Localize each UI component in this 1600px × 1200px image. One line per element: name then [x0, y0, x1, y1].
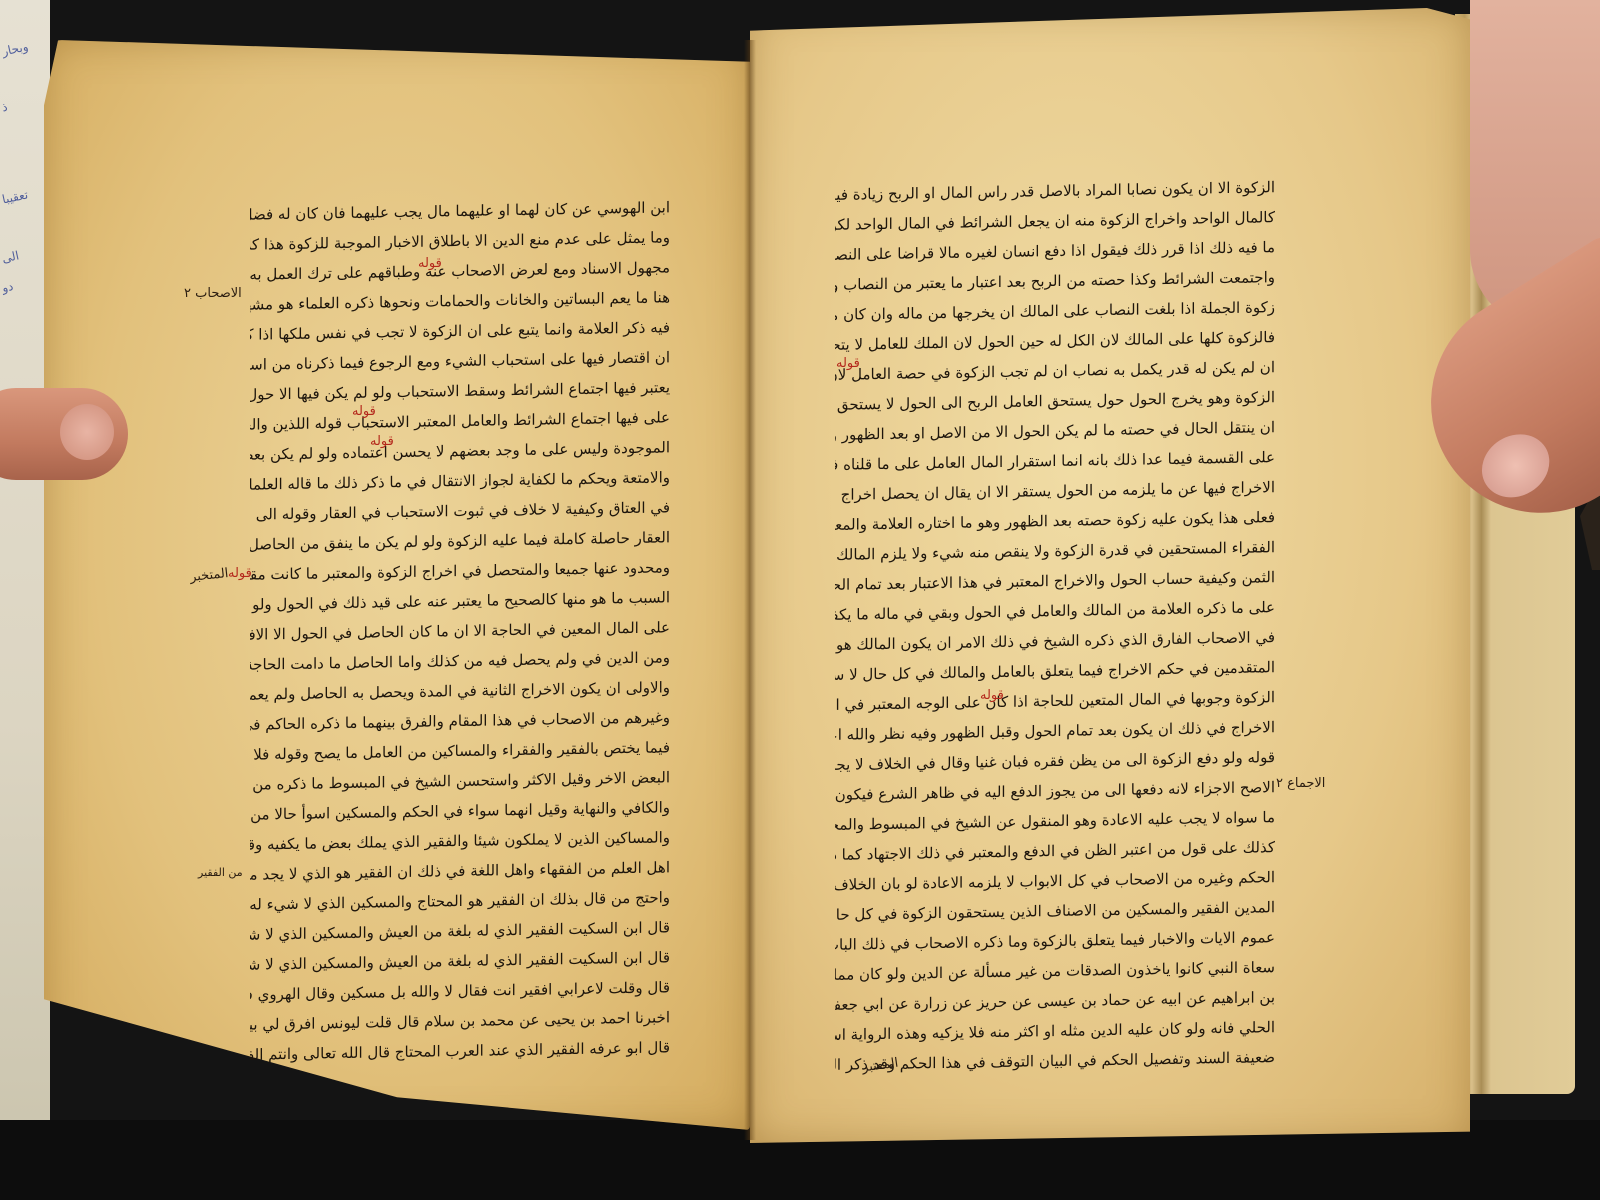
rubric-qawluhu: قوله	[228, 566, 252, 581]
thumbnail	[1470, 422, 1561, 510]
rubric-qawluhu: قوله	[352, 404, 376, 419]
open-manuscript: ابن الهوسي عن كان لهما او عليهما مال يجب…	[0, 0, 1600, 1200]
fingernail	[60, 404, 114, 460]
marginal-note: الاجماع ٢	[1276, 776, 1325, 791]
left-finger	[0, 388, 128, 480]
left-page-text: ابن الهوسي عن كان لهما او عليهما مال يجب…	[250, 196, 670, 1066]
rubric-qawluhu: قوله	[418, 256, 442, 271]
text-line: قال ابو عرفه الفقير الذي عند العرب المحت…	[250, 1032, 670, 1069]
marginal-note: الاصحاب ٢	[184, 286, 242, 301]
rubric-qawluhu: قوله	[980, 688, 1004, 703]
right-page-text: الزكوة الا ان يكون نصابا المراد بالاصل ق…	[835, 176, 1275, 1076]
rubric-qawluhu: قوله	[370, 434, 394, 449]
rubric-qawluhu: قوله	[836, 356, 860, 371]
marginal-note: من الفقير	[198, 866, 243, 879]
book-gutter	[744, 40, 756, 1140]
text-line: ضعيفة السند وتفصيل الحكم في البيان التوق…	[835, 1042, 1275, 1080]
